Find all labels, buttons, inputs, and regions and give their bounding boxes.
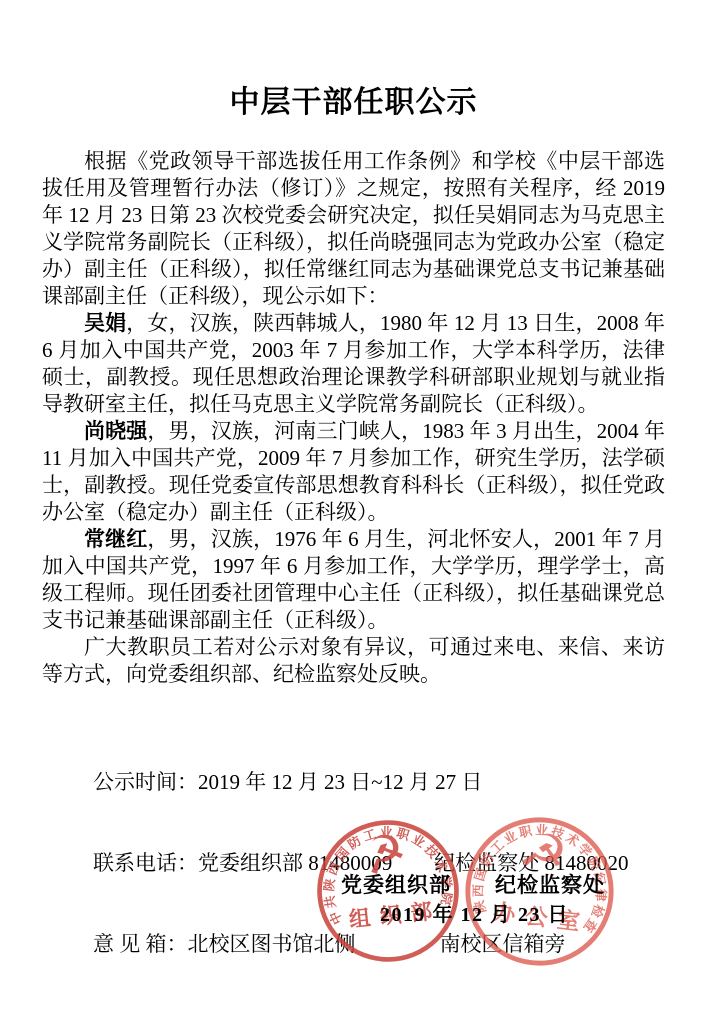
footer-signing-departments: 党委组织部 纪检监察处 [341,869,605,899]
paragraph-text: 广大教职员工若对公示对象有异议，可通过来电、来信、来访等方式，向党委组织部、纪检… [42,635,665,686]
publicity-period: 公示时间：2019 年 12 月 23 日~12 月 27 日 [93,769,665,796]
paragraph-wu-juan: 吴娟，女，汉族，陕西韩城人，1980 年 12 月 13 日生，2008 年 6… [42,310,665,418]
paragraph-text: 根据《党政领导干部选拔任用工作条例》和学校《中层干部选拔任用及管理暂行办法（修订… [42,149,665,308]
paragraph-chang-jihong: 常继红，男，汉族，1976 年 6 月生，河北怀安人，2001 年 7 月加入中… [42,526,665,634]
paragraph-objection: 广大教职员工若对公示对象有异议，可通过来电、来信、来访等方式，向党委组织部、纪检… [42,634,665,688]
page-title: 中层干部任职公示 [42,77,665,121]
person-name: 吴娟 [84,311,126,335]
document-page: 中层干部任职公示 根据《党政领导干部选拔任用工作条例》和学校《中层干部选拔任用及… [0,0,706,1020]
paragraph-text: ，女，汉族，陕西韩城人，1980 年 12 月 13 日生，2008 年 6 月… [42,311,665,416]
person-name: 尚晓强 [84,419,147,443]
footer-date: 2019 年 12 月 23 日 [380,898,569,927]
paragraph-intro: 根据《党政领导干部选拔任用工作条例》和学校《中层干部选拔任用及管理暂行办法（修订… [42,148,665,310]
person-name: 常继红 [84,527,147,551]
paragraph-shang-xiaoqiang: 尚晓强，男，汉族，河南三门峡人，1983 年 3 月出生，2004 年 11 月… [42,418,665,526]
